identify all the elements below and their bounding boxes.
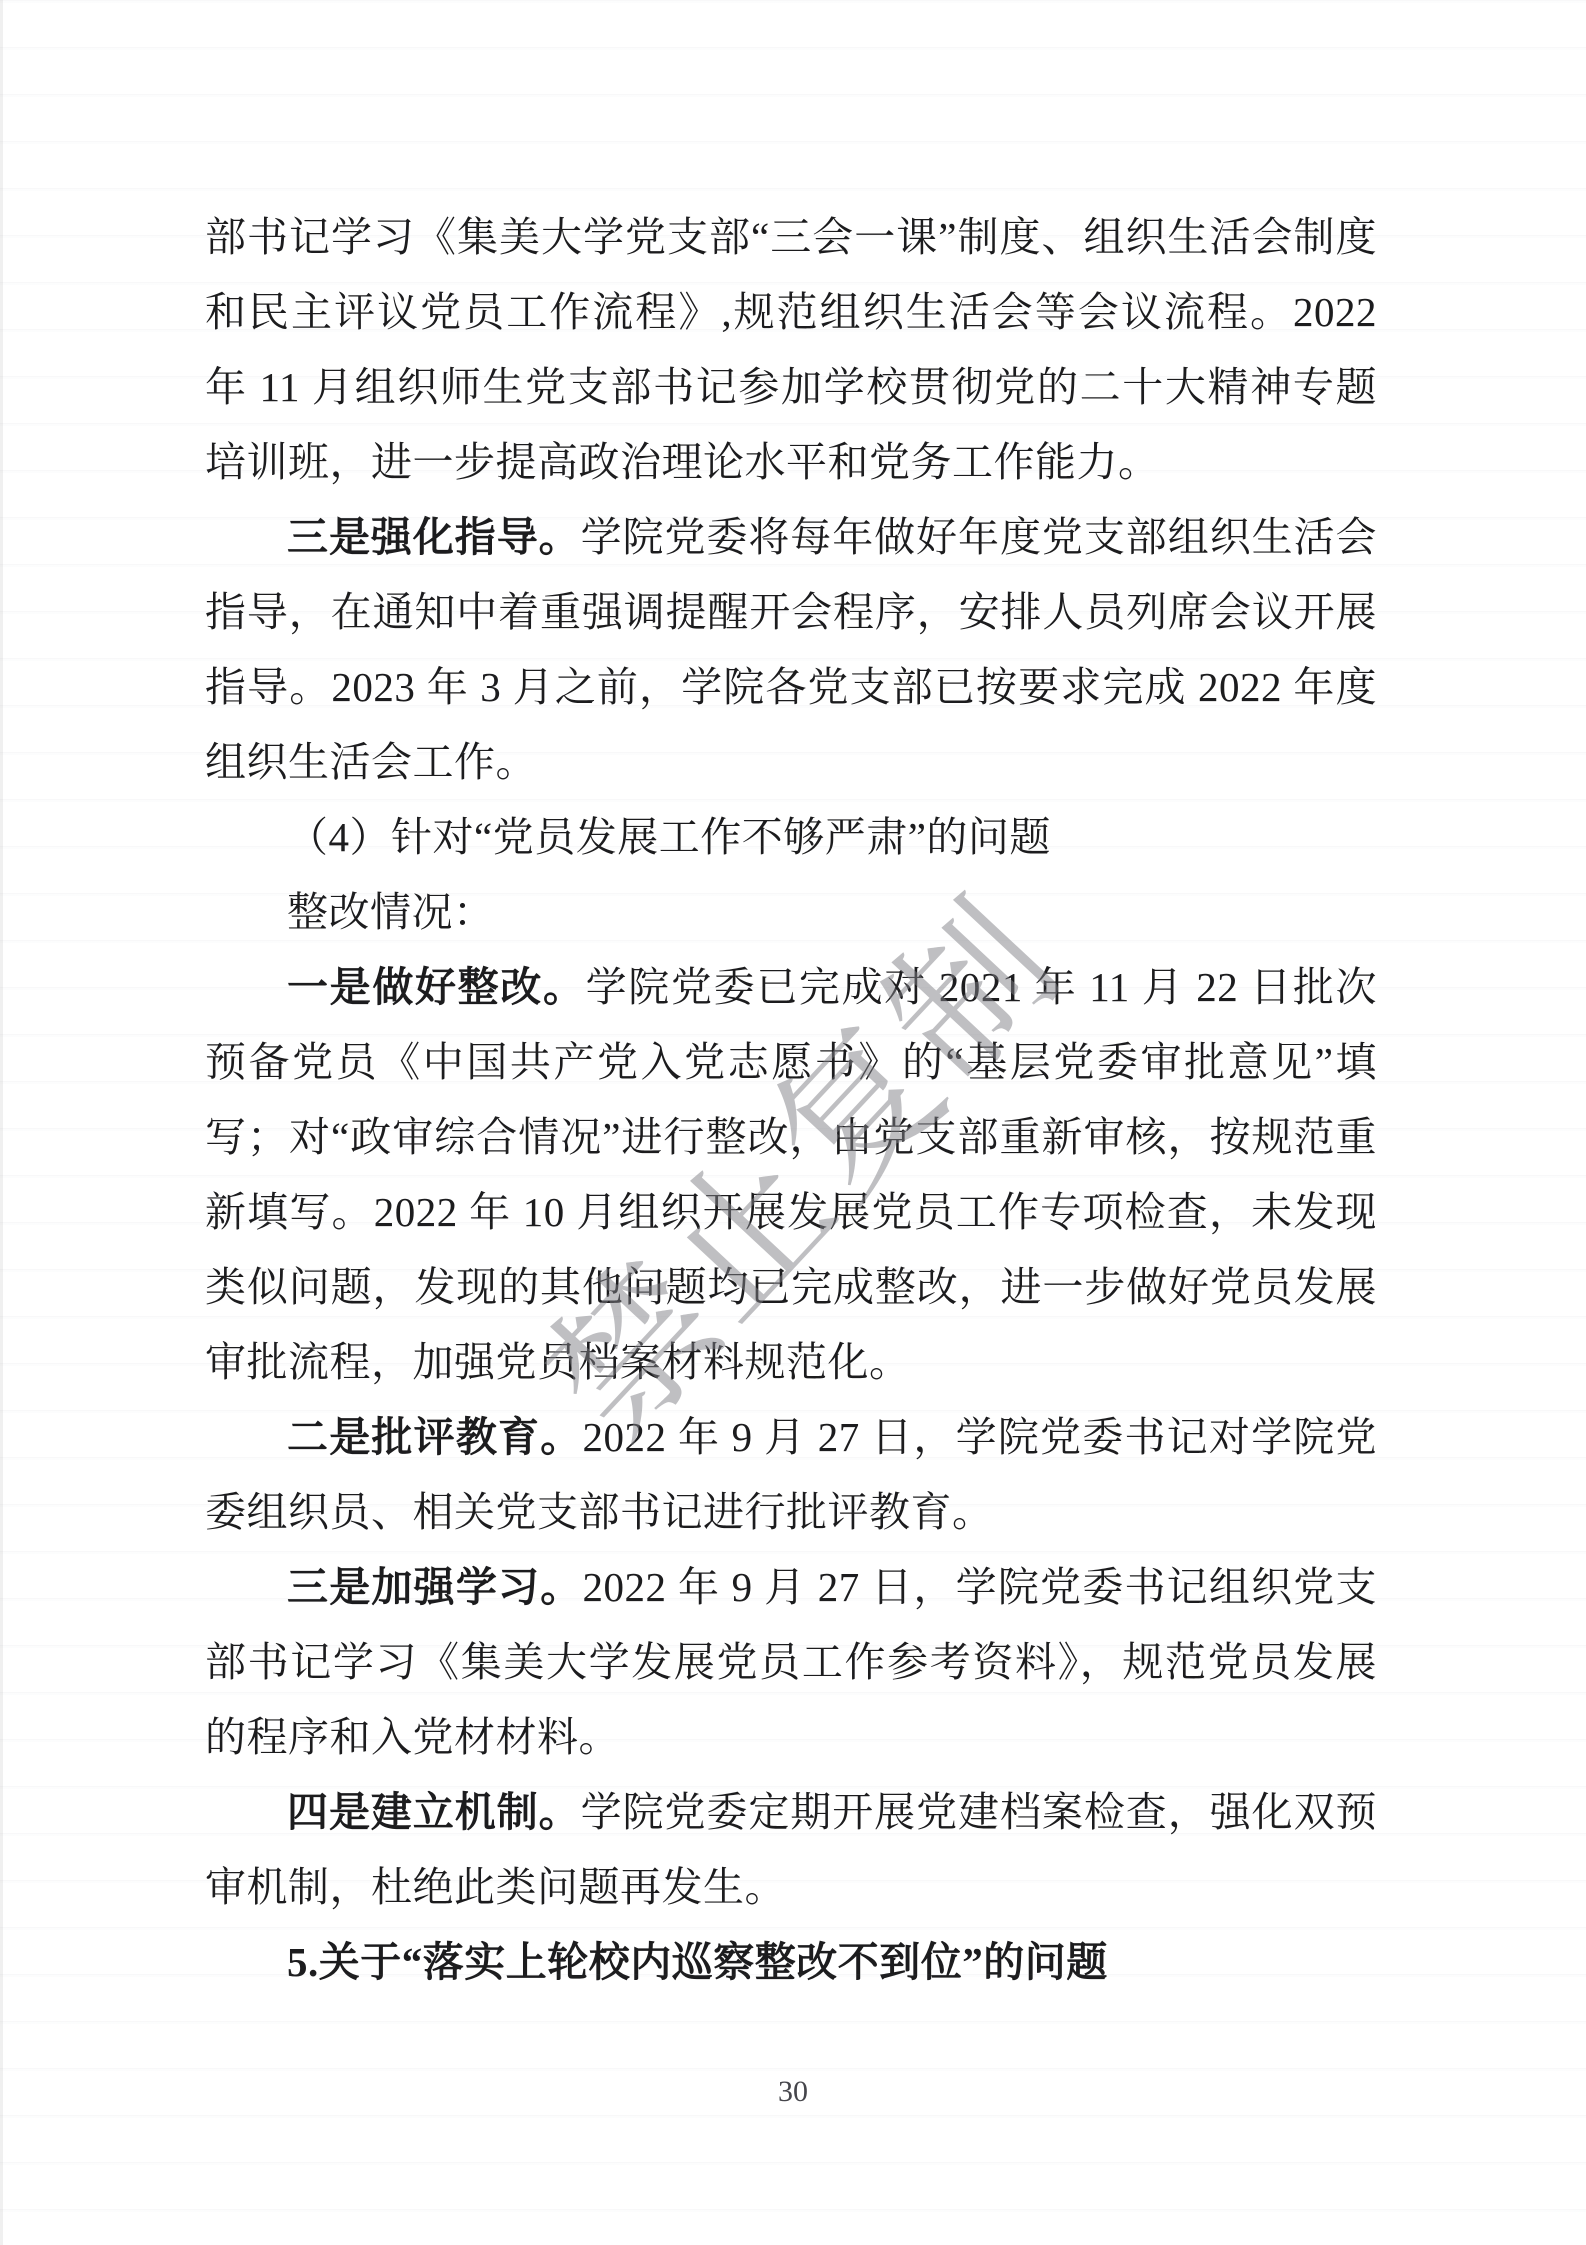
paragraph-lead: 四是建立机制。: [287, 1789, 581, 1835]
paragraph-lead: 三是强化指导。: [287, 514, 581, 560]
paragraph: 二是批评教育。2022 年 9 月 27 日，学院党委书记对学院党委组织员、相关…: [205, 1400, 1377, 1550]
paragraph-text: （4）针对“党员发展工作不够严肃”的问题: [287, 814, 1051, 860]
paragraph: 三是强化指导。学院党委将每年做好年度党支部组织生活会指导，在通知中着重强调提醒开…: [205, 500, 1377, 800]
paragraph-lead: 二是批评教育。: [287, 1414, 582, 1460]
page-body-text: 部书记学习《集美大学党支部“三会一课”制度、组织生活会制度和民主评议党员工作流程…: [205, 200, 1377, 2000]
document-page: 部书记学习《集美大学党支部“三会一课”制度、组织生活会制度和民主评议党员工作流程…: [0, 0, 1586, 2245]
paragraph-lead: 5.关于“落实上轮校内巡察整改不到位”的问题: [287, 1939, 1108, 1985]
paragraph-text: 部书记学习《集美大学党支部“三会一课”制度、组织生活会制度和民主评议党员工作流程…: [205, 214, 1377, 485]
paragraph: （4）针对“党员发展工作不够严肃”的问题: [205, 800, 1377, 875]
paragraph-text: 学院党委已完成对 2021 年 11 月 22 日批次预备党员《中国共产党入党志…: [205, 964, 1377, 1385]
paragraph: 三是加强学习。2022 年 9 月 27 日，学院党委书记组织党支部书记学习《集…: [205, 1550, 1377, 1775]
paragraph: 整改情况：: [205, 875, 1377, 950]
paragraph: 四是建立机制。学院党委定期开展党建档案检查，强化双预审机制，杜绝此类问题再发生。: [205, 1775, 1377, 1925]
paragraph: 5.关于“落实上轮校内巡察整改不到位”的问题: [205, 1925, 1377, 2000]
paragraph: 部书记学习《集美大学党支部“三会一课”制度、组织生活会制度和民主评议党员工作流程…: [205, 200, 1377, 500]
paragraph-text: 整改情况：: [287, 889, 495, 935]
paragraph-lead: 三是加强学习。: [287, 1564, 582, 1610]
page-number: 30: [0, 2072, 1586, 2112]
scan-edge-shadow: [0, 0, 3, 2245]
paragraph: 一是做好整改。学院党委已完成对 2021 年 11 月 22 日批次预备党员《中…: [205, 950, 1377, 1400]
paragraph-lead: 一是做好整改。: [287, 964, 586, 1010]
